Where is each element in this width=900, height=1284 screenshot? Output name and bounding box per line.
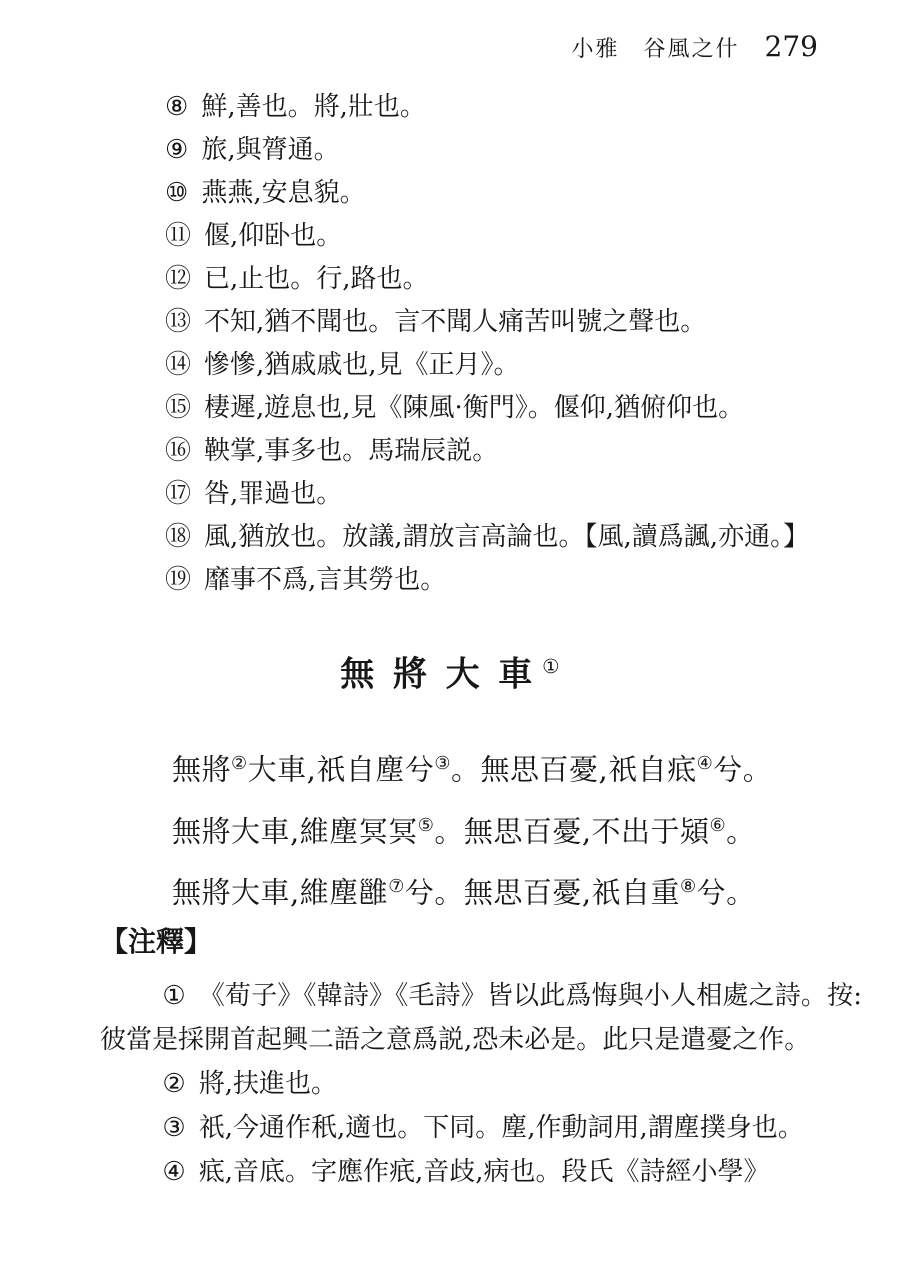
poem-line: 無將大車,維塵雝⑦兮。無思百憂,祇自重⑧兮。 (172, 859, 872, 921)
note-marker: ① (162, 981, 185, 1011)
annotation-item: ⑭慘慘,猶戚戚也,見《正月》。 (165, 344, 895, 387)
annotation-text: 旅,與膂通。 (201, 135, 339, 165)
annotation-text: 燕燕,安息貌。 (201, 178, 365, 208)
note-text: 將,扶進也。 (199, 1069, 337, 1099)
annotation-item: ⑬不知,猶不聞也。言不聞人痛苦叫號之聲也。 (165, 301, 895, 344)
annotation-text: 棲遲,遊息也,見《陳風·衡門》。偃仰,猶俯仰也。 (204, 393, 744, 423)
poem-line: 無將②大車,祇自塵兮③。無思百憂,祇自疷④兮。 (172, 736, 872, 798)
note-marker: ④ (162, 1157, 185, 1187)
annotation-item: ⑮棲遲,遊息也,見《陳風·衡門》。偃仰,猶俯仰也。 (165, 387, 895, 430)
annotation-text: 鮮,善也。將,壯也。 (201, 92, 426, 122)
note-marker: ② (162, 1069, 185, 1099)
note-marker: ③ (162, 1113, 185, 1143)
note-item: ②將,扶進也。 (100, 1062, 862, 1106)
annotation-text: 鞅掌,事多也。馬瑞辰説。 (204, 436, 498, 466)
annotation-marker: ⑯ (165, 436, 191, 466)
note-item: ①《荀子》《韓詩》《毛詩》皆以此爲悔與小人相處之詩。按:彼當是採開首起興二語之意… (100, 974, 862, 1062)
poem-title: 無將大車① (0, 645, 900, 696)
annotation-marker: ⑰ (165, 479, 191, 509)
annotation-item: ⑫已,止也。行,路也。 (165, 258, 895, 301)
note-item: ③祇,今通作秖,適也。下同。塵,作動詞用,謂塵撲身也。 (100, 1106, 862, 1150)
annotation-marker: ⑬ (165, 307, 191, 337)
annotation-marker: ⑭ (165, 350, 191, 380)
annotation-item: ⑧鮮,善也。將,壯也。 (165, 86, 895, 129)
annotation-item: ⑯鞅掌,事多也。馬瑞辰説。 (165, 430, 895, 473)
note-text: 祇,今通作秖,適也。下同。塵,作動詞用,謂塵撲身也。 (199, 1113, 804, 1143)
annotation-item: ⑰咎,罪過也。 (165, 473, 895, 516)
note-item: ④疷,音底。字應作疧,音歧,病也。段氏《詩經小學》 (100, 1150, 862, 1194)
annotation-marker: ⑩ (165, 178, 188, 208)
annotation-text: 不知,猶不聞也。言不聞人痛苦叫號之聲也。 (204, 307, 706, 337)
poem-body: 無將②大車,祇自塵兮③。無思百憂,祇自疷④兮。 無將大車,維塵冥冥⑤。無思百憂,… (172, 736, 872, 921)
poem-title-note-marker: ① (542, 655, 560, 678)
annotation-marker: ⑧ (165, 92, 188, 122)
annotation-text: 咎,罪過也。 (204, 479, 342, 509)
annotation-marker: ⑲ (165, 565, 191, 595)
annotation-text: 慘慘,猶戚戚也,見《正月》。 (204, 350, 520, 380)
poem-line: 無將大車,維塵冥冥⑤。無思百憂,不出于熲⑥。 (172, 798, 872, 860)
annotation-text: 靡事不爲,言其勞也。 (204, 565, 446, 595)
annotation-marker: ⑫ (165, 264, 191, 294)
book-page: 小雅 谷風之什 279 ⑧鮮,善也。將,壯也。 ⑨旅,與膂通。 ⑩燕燕,安息貌。… (0, 0, 900, 1284)
annotation-item: ⑱風,猶放也。放議,謂放言高論也。【風,讀爲諷,亦通。】 (165, 516, 895, 559)
note-text: 疷,音底。字應作疧,音歧,病也。段氏《詩經小學》 (199, 1157, 770, 1187)
annotation-text: 已,止也。行,路也。 (204, 264, 429, 294)
annotation-item: ⑲靡事不爲,言其勞也。 (165, 559, 895, 602)
annotation-text: 風,猶放也。放議,謂放言高論也。【風,讀爲諷,亦通。】 (204, 522, 809, 552)
annotation-marker: ⑮ (165, 393, 191, 423)
poem-title-text: 無將大車 (340, 654, 551, 694)
annotation-marker: ⑱ (165, 522, 191, 552)
annotation-item: ⑨旅,與膂通。 (165, 129, 895, 172)
annotation-item: ⑩燕燕,安息貌。 (165, 172, 895, 215)
note-text: 《荀子》《韓詩》《毛詩》皆以此爲悔與小人相處之詩。按:彼當是採開首起興二語之意爲… (100, 981, 862, 1055)
annotation-item: ⑪偃,仰卧也。 (165, 215, 895, 258)
notes-section-header: 【注釋】 (100, 926, 862, 958)
annotations-list: ⑧鮮,善也。將,壯也。 ⑨旅,與膂通。 ⑩燕燕,安息貌。 ⑪偃,仰卧也。 ⑫已,… (165, 86, 895, 602)
annotation-marker: ⑨ (165, 135, 188, 165)
notes-section: 【注釋】 ①《荀子》《韓詩》《毛詩》皆以此爲悔與小人相處之詩。按:彼當是採開首起… (100, 926, 862, 1194)
header-page-number: 279 (765, 30, 818, 63)
header-section-title: 小雅 谷風之什 (571, 37, 739, 62)
annotation-text: 偃,仰卧也。 (204, 221, 342, 251)
annotation-marker: ⑪ (165, 221, 191, 251)
running-header: 小雅 谷風之什 279 (571, 30, 818, 63)
